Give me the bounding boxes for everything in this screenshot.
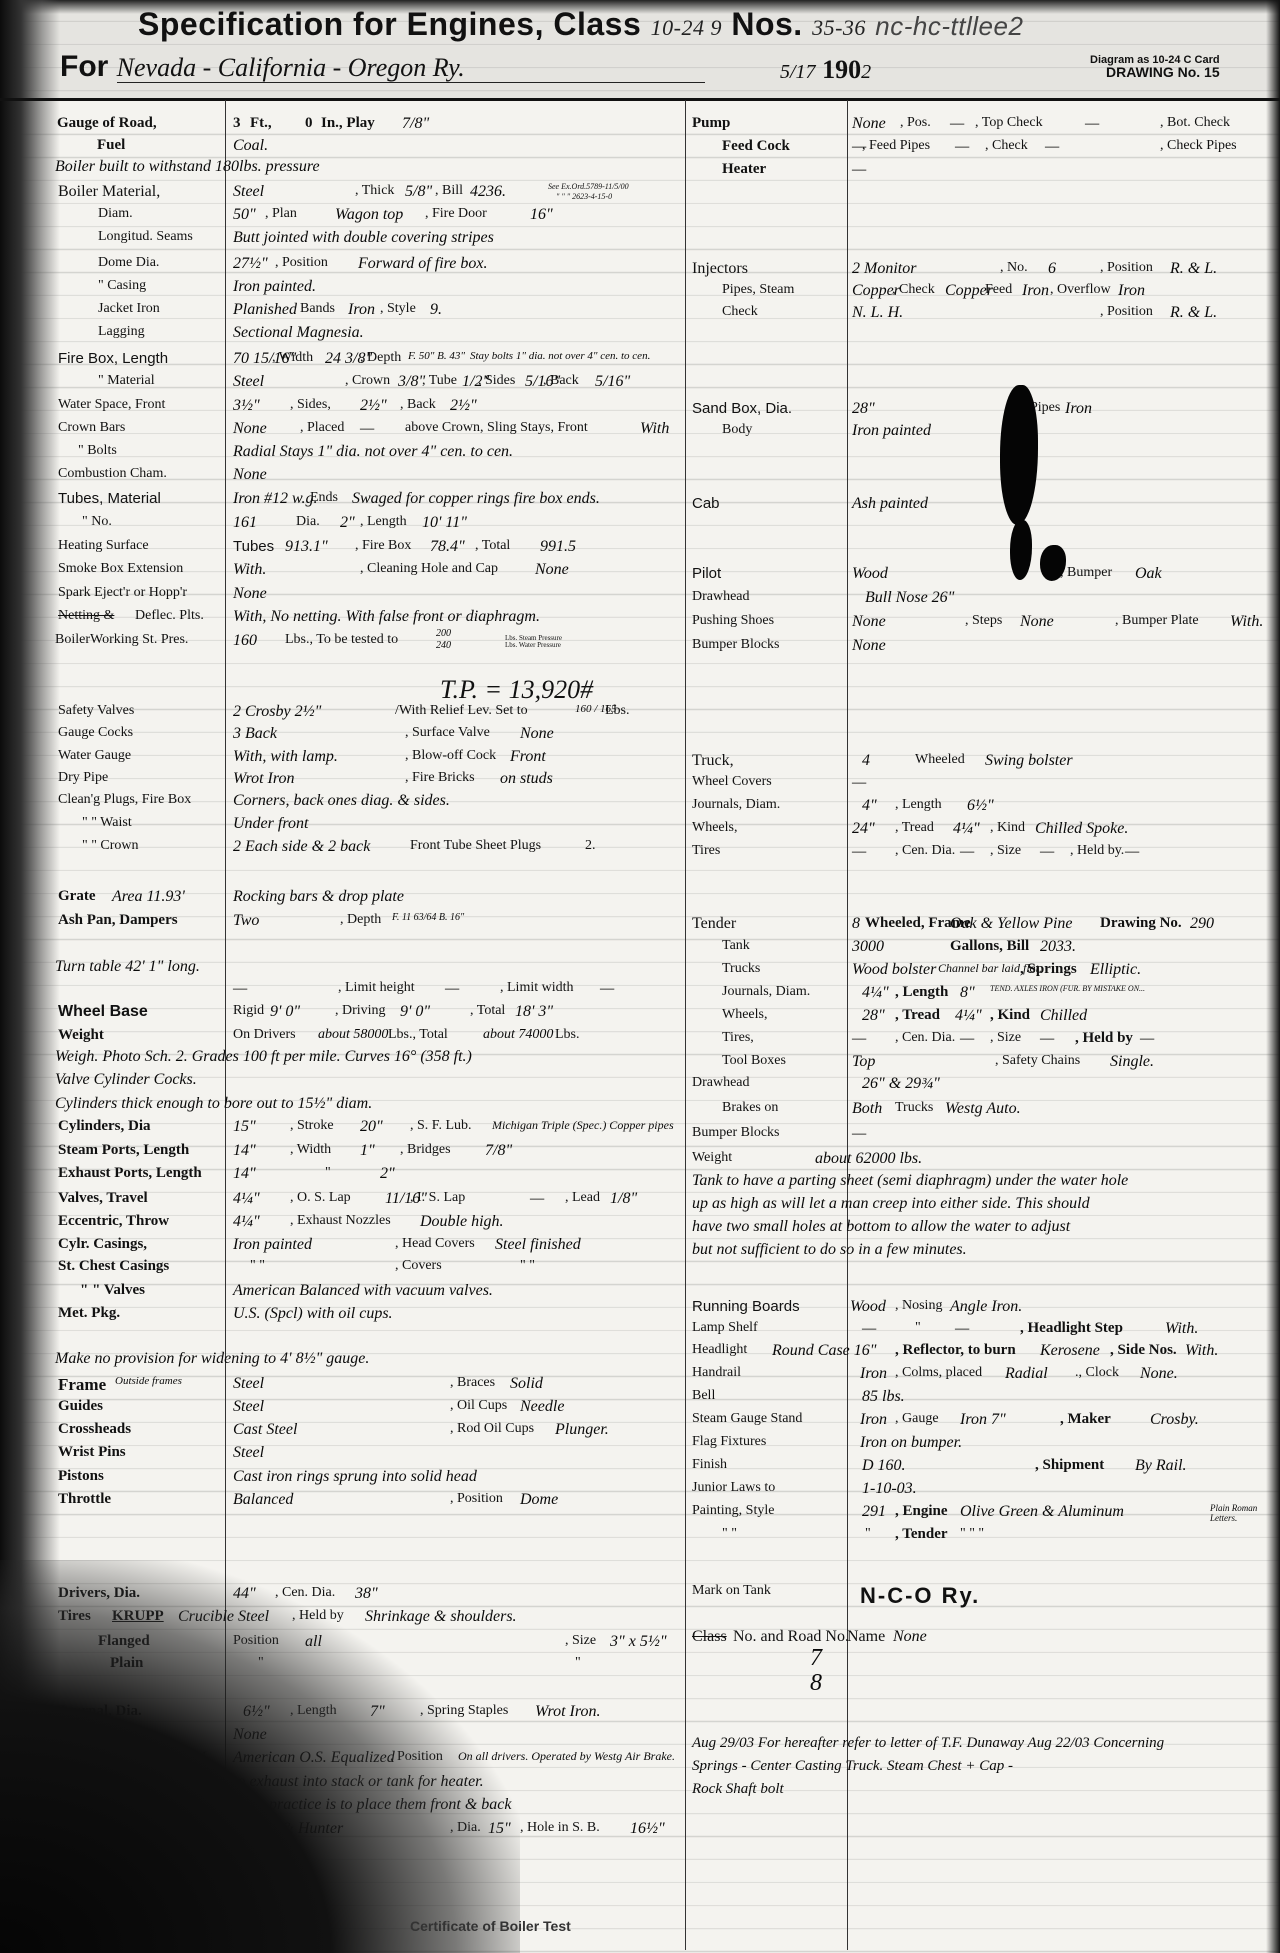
left-cylinders-lub_label: , S. F. Lub. [410,1118,472,1134]
left-eccentric-nozzle_label: , Exhaust Nozzles [290,1213,391,1229]
left-boiler_material-bill: 4236. [470,183,506,201]
left-weight-label: Weight [58,1027,104,1044]
right-t_tires-held_label: , Held by [1075,1030,1133,1047]
right-handrail-clock_label: ., Clock [1075,1365,1119,1381]
left-deflec-label: Deflec. Plts. [135,608,204,624]
left-st_chest-covers: " " [520,1258,535,1274]
left-spark-value: None [233,585,267,603]
left-water_gauge-blow: Front [510,748,546,766]
right-pushing-plate_label: , Bumper Plate [1115,613,1199,629]
left-frame-label: Frame [58,1375,106,1395]
left-gauge-play: 7/8" [402,115,429,133]
left-wrist_pins-label: Wrist Pins [58,1444,126,1461]
left-gauge-in: 0 [305,115,313,132]
right-t_tires-cen_label: , Cen. Dia. [895,1030,955,1046]
date-line: 5/17 1902 [780,55,871,85]
left-total_wheelbase-value: — [233,980,247,998]
left-bolts-label: " Bolts [78,443,117,459]
right-finish-ship: By Rail. [1135,1457,1187,1475]
right-bumper_blocks-value: None [852,637,886,655]
right-running_boards-label: Running Boards [692,1298,800,1315]
right-tool_boxes-chains_label: , Safety Chains [995,1053,1080,1069]
right-wheels-value: 24" [852,820,875,838]
right-painting-side: Plain Roman Letters. [1210,1503,1270,1523]
left-gauge_cocks-surface: None [520,725,554,743]
left-valves-label: " " Valves [80,1282,145,1299]
left-tubes_no-label: " No. [82,514,112,530]
left-working-value: 160 [233,632,257,650]
scan-edge-right [1266,0,1280,1953]
right-running_boards-value: Wood [850,1298,886,1316]
right-lamp_shelf-label: Lamp Shelf [692,1320,758,1336]
right-t_tires-value: — [852,1030,866,1048]
left-water_space-label: Water Space, Front [58,397,165,413]
right-brakes-trucks_label: Trucks [895,1100,933,1116]
right-trucks-value: Wood bolster [852,961,936,979]
right-road_no-label_struck: Class [692,1628,727,1646]
right-brakes-value: Both [852,1100,882,1118]
right-t_tires-size_label: , Size [990,1030,1021,1046]
right-lamp_shelf-value: — [862,1320,876,1338]
gauge-note: Make no provision for widening to 4' 8½"… [55,1350,369,1368]
right-lettering-back: 8 [810,1670,822,1697]
left-steam_ports-bridges: 7/8" [485,1142,512,1160]
right-lamp_shelf-step: With. [1165,1320,1198,1338]
left-exhaust_ports-value: 14" [233,1165,256,1183]
left-heating-tubes: 913.1" [285,538,328,556]
header-rule [0,98,1280,101]
left-pistons-label: Pistons [58,1468,104,1485]
right-t_wheels-kind: Chilled [1040,1007,1087,1025]
left-seams-value: Butt jointed with double covering stripe… [233,229,494,247]
right-t_bumper-label: Bumper Blocks [692,1125,780,1141]
left-plugs_waist-value: Under front [233,815,308,833]
right-road_no-name_label: Name [847,1628,885,1646]
right-pipes_steam-label: Pipes, Steam [722,282,794,298]
left-water_space-value: 3½" [233,397,260,415]
right-steam_gauge-label: Steam Gauge Stand [692,1411,802,1427]
left-grate-value: Rocking bars & drop plate [233,888,404,906]
left-crossheads-rod: Plunger. [555,1421,609,1439]
right-handrail-label: Handrail [692,1365,741,1381]
left-plugs_crown-front_label: Front Tube Sheet Plugs [410,838,541,854]
left-st_chest-label: St. Chest Casings [58,1258,169,1275]
right-tool_boxes-label: Tool Boxes [722,1053,786,1069]
left-wheel_base-rigid: 9' 0" [270,1003,300,1021]
left-tubes-ends_label: Ends [310,490,338,506]
turntable-note: Turn table 42' 1" long. [55,958,200,976]
right-body-value: Iron painted [852,422,931,440]
left-water_space-sides: 2½" [360,397,387,415]
left-heating-total: 991.5 [540,538,576,556]
left-working-lbs_label: Lbs., To be tested to [285,632,398,648]
left-st_chest-covers_label: , Covers [395,1258,442,1274]
right-wheels-kind_label: , Kind [990,820,1025,836]
left-safety-value: 2 Crosby 2½" [233,703,321,721]
left-guides-value: Steel [233,1398,264,1416]
left-spark-label: Spark Eject'r or Hopp'r [58,585,187,601]
right-pump-pos: — [950,115,964,133]
left-crown_bars-placed_label: , Placed [300,420,344,436]
right-injectors-no: 6 [1048,260,1056,278]
right-t_wheels-tread: 4¼" [955,1007,982,1025]
left-pistons-value: Cast iron rings sprung into solid head [233,1468,477,1486]
right-tires-value: — [852,843,866,861]
left-cylinders-label: Cylinders, Dia [58,1118,151,1135]
right-painting-label: Painting, Style [692,1503,774,1519]
left-water_gauge-value: With, with lamp. [233,748,338,766]
left-jacket-label: Jacket Iron [98,301,160,317]
right-handrail-clock: None. [1140,1365,1178,1383]
left-tubes_no-length_label: , Length [360,514,407,530]
right-truck-wheeled_label: Wheeled [915,752,965,768]
left-boiler_material-label: Boiler Material, [58,183,160,201]
right-tires-cen_label: , Cen. Dia. [895,843,955,859]
right-finish-value: D 160. [862,1457,906,1475]
left-fb_material-crown_label: , Crown [345,373,390,389]
left-boiler_material-side_note_1: See Ex.Ord.5789-11/5/00 [548,182,629,191]
left-deflec-value: With, No netting. With false front or di… [233,608,540,626]
left-dome-pos: Forward of fire box. [358,255,487,273]
right-tires-label: Tires [692,843,720,859]
left-lagging-value: Sectional Magnesia. [233,324,364,342]
left-weight-total: about 74000 [483,1027,553,1043]
left-working-label: BoilerWorking St. Pres. [55,632,188,648]
right-tender-frame: Oak & Yellow Pine [950,915,1073,933]
right-t_tires-size: — [1040,1030,1054,1048]
right-tires-held_label: , Held by. [1070,843,1124,859]
left-diam-door: 16" [530,206,553,224]
left-throttle-pos_label: , Position [450,1491,503,1507]
left-cylinders-stroke_label: , Stroke [290,1118,334,1134]
left-weight-drivers_label: On Drivers [233,1027,296,1043]
right-lamp_shelf-ditto_val: — [955,1320,969,1338]
right-trucks-springs: Elliptic. [1090,961,1141,979]
left-gauge_cocks-label: Gauge Cocks [58,725,133,741]
left-plugs_fb-label: Clean'g Plugs, Fire Box [58,792,191,808]
right-t_tires-held: — [1140,1030,1154,1048]
right-feed_cock-pipes: — [955,138,969,156]
working-water: 240 [436,640,451,651]
right-check-value: N. L. H. [852,304,903,322]
right-pump-pos_label: , Pos. [900,115,931,131]
right-sand_box-pipes: Iron [1065,400,1092,418]
left-smoke-hole_label: , Cleaning Hole and Cap [360,561,498,577]
left-cyl_casings-value: Iron painted [233,1236,312,1254]
right-painting-value: 291 [862,1503,886,1521]
for-label: For [60,50,108,83]
right-t_journals-length_label: , Length [895,984,948,1001]
left-cyl_casings-label: Cylr. Casings, [58,1236,147,1253]
left-water_space-back: 2½" [450,397,477,415]
left-smoke-hole: None [535,561,569,579]
right-pilot-value: Wood [852,565,888,583]
right-tank-label: Tank [722,938,750,954]
left-frame-braces_label: , Braces [450,1375,495,1391]
right-pipes_steam-overflow: Iron [1118,282,1145,300]
left-plugs_crown-front: 2. [585,838,596,854]
margin-note-line: Rock Shaft bolt [692,1781,784,1798]
left-diam-value: 50" [233,206,256,224]
left-jacket-value: Planished [233,301,297,319]
right-junior-label: Junior Laws to [692,1480,775,1496]
right-tank-gallons_label: Gallons, Bill [950,938,1029,955]
left-weight-lbs_label: Lbs., Total [388,1027,448,1043]
right-pump-label: Pump [692,115,730,132]
left-steam_ports-width_label: , Width [290,1142,331,1158]
left-crossheads-rod_label: , Rod Oil Cups [450,1421,534,1437]
right-pushing-value: None [852,613,886,631]
right-t_weight-label: Weight [692,1150,732,1166]
right-tires-cen: — [960,843,974,861]
left-exhaust_ports-width: 2" [380,1165,395,1183]
weight-note: Weigh. Photo Sch. 2. Grades 100 ft per m… [55,1048,472,1066]
right-bell-value: 85 lbs. [862,1388,905,1406]
right-t_journals-note: TEND. AXLES IRON (FUR. BY MISTAKE ON... [990,984,1145,993]
left-diam-label: Diam. [98,206,133,222]
railway-name: Nevada - California - Oregon Ry. [117,53,705,83]
left-guides-label: Guides [58,1398,103,1415]
left-seams-label: Longitud. Seams [98,229,193,245]
right-t_tires-cen: — [960,1030,974,1048]
left-boiler_material-thick_label: , Thick [355,183,394,199]
left-tubes_no-value: 161 [233,514,257,532]
right-pump-top_label: , Top Check [975,115,1043,131]
right-t_bumper-value: — [852,1125,866,1143]
right-tender-drawing_label: Drawing No. [1100,915,1182,932]
boiler-note: Boiler built to withstand 180lbs. pressu… [55,158,320,176]
left-dry_pipe-bricks_label: , Fire Bricks [405,770,475,786]
right-junior-value: 1-10-03. [862,1480,917,1498]
right-headlight-label: Headlight [692,1342,747,1358]
tank-note-line: but not sufficient to do so in a few min… [692,1241,967,1259]
left-wheel_base-rigid_label: Rigid [233,1003,264,1019]
right-pipes_steam-overflow_label: , Overflow [1050,282,1111,298]
left-guides-oil_label: , Oil Cups [450,1398,507,1414]
left-gauge-ft: 3 [233,115,241,132]
right-check-pos_label: , Position [1100,304,1153,320]
left-tubes-label: Tubes, Material [58,490,161,507]
right-trucks-springs_label: , Springs [1020,961,1077,978]
right-painting2-value: " [865,1526,871,1542]
right-wheel_covers-label: Wheel Covers [692,774,772,790]
right-injectors-pos_label: , Position [1100,260,1153,276]
left-plugs_fb-value: Corners, back ones diag. & sides. [233,792,450,810]
right-sand_box-value: 28" [852,400,875,418]
left-combustion-value: None [233,466,267,484]
right-t_tires-label: Tires, [722,1030,754,1046]
right-heater-label: Heater [722,161,766,178]
right-feed_cock-check: — [1045,138,1059,156]
left-plugs_waist-label: " " Waist [82,815,132,831]
left-crown_bars-placed: — [360,420,374,438]
left-gauge_cocks-value: 3 Back [233,725,277,743]
right-steam_gauge-maker_label: , Maker [1060,1411,1111,1428]
scan-damage-bottom-left [0,1560,520,1953]
right-feed_cock-label: Feed Cock [722,138,790,155]
right-feed_cock-check_pipes_label: , Check Pipes [1160,138,1237,154]
nos-extra: nc-hc-ttllee2 [875,11,1023,41]
right-tender-label: Tender [692,915,736,933]
left-gauge-ft_label: Ft., [250,115,272,132]
right-tank-bill: 2033. [1040,938,1076,956]
date-value: 5/17 [780,61,816,83]
left-water_space-sides_label: , Sides, [290,397,331,413]
left-tubes-value: Iron #12 w.g. [233,490,317,508]
left-cyl_casings-head: Steel finished [495,1236,581,1254]
right-injectors-no_label: , No. [1000,260,1028,276]
left-heating-total_label: , Total [475,538,510,554]
right-tool_boxes-value: Top [852,1053,875,1071]
left-heating-tubes_label: Tubes [233,538,274,555]
left-dome-label: Dome Dia. [98,255,159,271]
right-lamp_shelf-ditto: " [915,1320,921,1336]
left-wheel_base-driving_label: , Driving [335,1003,386,1019]
left-cyl_casings-head_label: , Head Covers [395,1236,475,1252]
left-total_wheelbase-height_label: , Limit height [338,980,415,996]
nos-label: Nos. [731,6,802,42]
right-pilot-label: Pilot [692,565,721,582]
right-steam_gauge-gauge: Iron 7" [960,1411,1006,1429]
left-valves_travel-label: Valves, Travel [58,1190,148,1207]
left-fb_material-back_label: , Back [543,373,579,389]
right-handrail-colms: Radial [1005,1365,1048,1383]
left-combustion-label: Combustion Cham. [58,466,167,482]
right-injectors-label: Injectors [692,260,748,278]
right-wheels-tread_label: , Tread [895,820,934,836]
right-road_no-label: No. and Road No. [733,1628,849,1646]
left-tubes_no-dia_label: Dia. [296,514,320,530]
left-diam-plan: Wagon top [335,206,403,224]
left-journal-staples: Wrot Iron. [535,1703,600,1721]
left-crossheads-label: Crossheads [58,1421,131,1438]
left-valves_travel-is: — [530,1190,544,1208]
valve-note: Valve Cylinder Cocks. [55,1071,197,1089]
left-frame-sub: Outside frames [115,1375,182,1387]
left-jacket-style: 9. [430,301,442,319]
left-dry_pipe-value: Wrot Iron [233,770,294,788]
left-gauge-label: Gauge of Road, [57,115,157,132]
year-prefix: 190 [822,55,861,84]
left-safety-label: Safety Valves [58,703,134,719]
right-pump-bot_label: , Bot. Check [1160,115,1230,131]
left-ash_pan-depth: F. 11 63/64 B. 16" [392,912,464,923]
left-dome-pos_label: , Position [275,255,328,271]
right-flag-value: Iron on bumper. [860,1434,962,1452]
right-tender-drawing: 290 [1190,915,1214,933]
right-pushing-plate: With. [1230,613,1263,631]
left-stack-hole: 16½" [630,1820,665,1838]
right-trucks-label: Trucks [722,961,760,977]
left-ash_pan-value: Two [233,912,259,930]
left-casing-value: Iron painted. [233,278,316,296]
right-pushing-label: Pushing Shoes [692,613,774,629]
title-text: Specification for Engines, Class [138,6,641,42]
right-lamp_shelf-step_label: , Headlight Step [1020,1320,1123,1337]
right-cab-label: Cab [692,495,720,512]
working-water-label: Lbs. Water Pressure [505,641,561,649]
left-stack-hole_label: , Hole in S. B. [520,1820,600,1836]
left-steam_ports-label: Steam Ports, Length [58,1142,189,1159]
right-tender-value: 8 [852,915,860,933]
drawing-no: 15 [1204,64,1220,80]
left-water_space-back_label: , Back [400,397,436,413]
right-t_wheels-kind_label: , Kind [990,1007,1030,1024]
left-met_pkg-value: U.S. (Spcl) with oil cups. [233,1305,393,1323]
left-fb_material-sides_label: , Sides [478,373,515,389]
left-cylinders-stroke: 20" [360,1118,383,1136]
right-t_wheels-value: 28" [862,1007,885,1025]
left-boiler_material-thick: 5/8" [405,183,432,201]
left-wrist_pins-value: Steel [233,1444,264,1462]
tank-note-line: up as high as will let a man creep into … [692,1195,1090,1213]
left-total_wheelbase-width: — [600,980,614,998]
left-steam_ports-value: 14" [233,1142,256,1160]
left-gauge-in_label: In., Play [321,115,375,132]
left-firebox-depth: F. 50" B. 43" [408,350,465,362]
right-flag-label: Flag Fixtures [692,1434,766,1450]
right-lettering-sides: 7 [810,1645,822,1672]
left-safety-lbs: Lbs. [605,703,630,719]
right-t_drawhead-label: Drawhead [692,1075,750,1091]
right-tank-value: 3000 [852,938,884,956]
left-flanged-size_label: , Size [565,1633,596,1649]
tp-note: T.P. = 13,920# [440,675,593,705]
left-flanged-size: 3" x 5½" [610,1633,667,1651]
right-journals-value: 4" [862,797,877,815]
right-injectors-pos: R. & L. [1170,260,1217,278]
right-journals-length: 6½" [967,797,994,815]
tank-note-line: have two small holes at bottom to allow … [692,1218,1070,1236]
right-pilot-bumper: Oak [1135,565,1162,583]
left-dome-value: 27½" [233,255,268,273]
right-cab-value: Ash painted [852,495,928,513]
right-wheels-kind: Chilled Spoke. [1035,820,1128,838]
right-journals-label: Journals, Diam. [692,797,780,813]
left-tubes-ends: Swaged for copper rings fire box ends. [352,490,600,508]
right-t_wheels-tread_label: , Tread [895,1007,940,1024]
left-dry_pipe-bricks: on studs [500,770,553,788]
left-guides-oil: Needle [520,1398,564,1416]
left-ash_pan-label: Ash Pan, Dampers [58,912,178,929]
margin-note-line: Springs - Center Casting Truck. Steam Ch… [692,1758,1013,1775]
left-firebox-note: Stay bolts 1" dia. not over 4" cen. to c… [470,350,650,362]
right-painting2-label: " " [722,1526,737,1542]
page-title: Specification for Engines, Class 10-24 9… [138,6,1023,43]
left-valves_travel-os_label: , O. S. Lap [290,1190,351,1206]
left-frame-braces: Solid [510,1375,543,1393]
left-crown_bars-value: None [233,420,267,438]
left-met_pkg-label: Met. Pkg. [58,1305,120,1322]
left-total_wheelbase-width_label: , Limit width [500,980,574,996]
left-boiler_material-bill_label: , Bill [435,183,463,199]
left-fuel-value: Coal. [233,137,268,155]
right-sand_box-label: Sand Box, Dia. [692,400,792,417]
right-pipes_steam-feed: Iron [1022,282,1049,300]
left-firebox-depth_label: , Depth [360,350,401,366]
left-working-steam: 200 [436,628,451,639]
left-heating-fb_label: , Fire Box [355,538,411,554]
right-wheel_covers-value: — [852,774,866,792]
left-throttle-pos: Dome [520,1491,558,1509]
left-bolts-value: Radial Stays 1" dia. not over 4" cen. to… [233,443,513,461]
tank-note-line: Tank to have a parting sheet (semi diaph… [692,1172,1128,1190]
column-divider-center [685,100,686,1950]
right-check-pos: R. & L. [1170,304,1217,322]
right-drawhead-value: Bull Nose 26" [865,589,954,607]
left-crown_bars-label: Crown Bars [58,420,125,436]
left-weight-drivers: about 58000 [318,1027,388,1043]
